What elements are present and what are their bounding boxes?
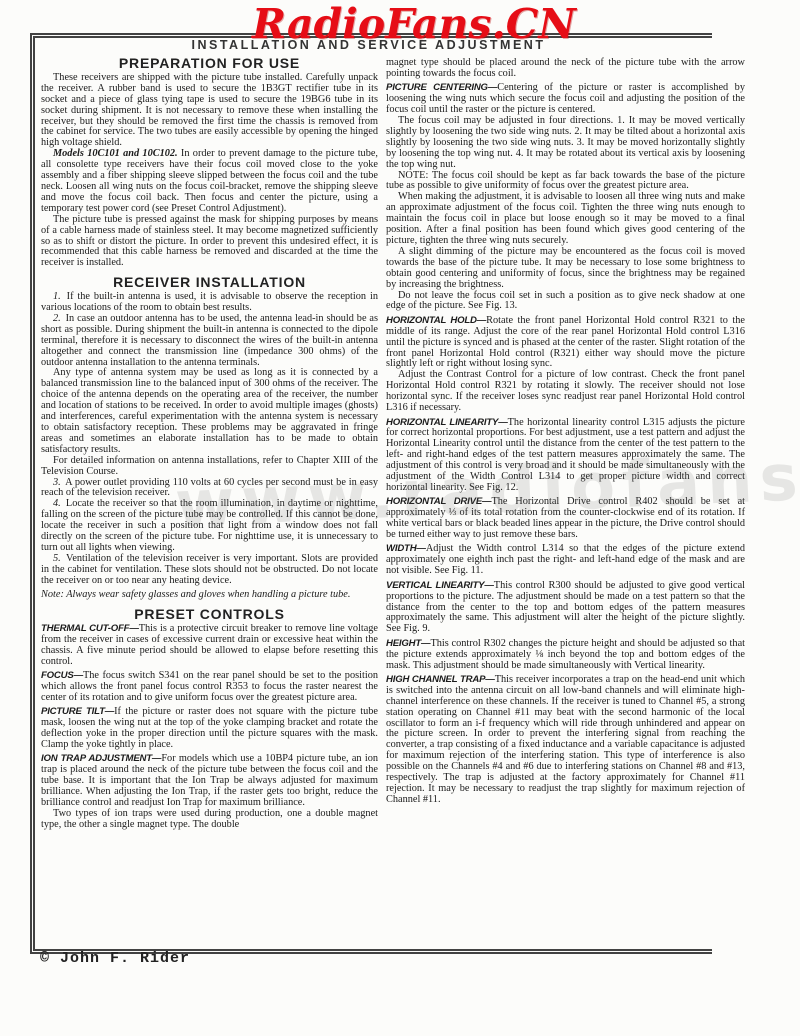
paragraph: The focus coil may be adjusted in four d… <box>386 116 745 171</box>
paragraph: Do not leave the focus coil set in such … <box>386 291 745 313</box>
section-heading-preparation-for-use: PREPARATION FOR USE <box>41 58 378 69</box>
section-heading-preset-controls: PRESET CONTROLS <box>41 609 378 620</box>
paragraph: The picture tube is pressed against the … <box>41 215 378 270</box>
paragraph: 1. If the built-in antenna is used, it i… <box>41 292 378 314</box>
control-paragraph: THERMAL CUT-OFF—This is a protective cir… <box>41 624 378 668</box>
right-column: magnet type should be placed around the … <box>386 58 745 806</box>
left-column: PREPARATION FOR USE These receivers are … <box>41 58 378 831</box>
paragraph: Adjust the Contrast Control for a pictur… <box>386 370 745 414</box>
paragraph: Any type of antenna system may be used a… <box>41 368 378 455</box>
section-heading-receiver-installation: RECEIVER INSTALLATION <box>41 277 378 288</box>
control-paragraph: PICTURE TILT—If the picture or raster do… <box>41 707 378 751</box>
paragraph: magnet type should be placed around the … <box>386 58 745 80</box>
paragraph: NOTE: The focus coil should be kept as f… <box>386 171 745 193</box>
copyright-notice: © John F. Rider <box>40 950 190 967</box>
paragraph: These receivers are shipped with the pic… <box>41 73 378 149</box>
control-paragraph: HIGH CHANNEL TRAP—This receiver incorpor… <box>386 675 745 806</box>
control-paragraph: PICTURE CENTERING—Centering of the pictu… <box>386 83 745 116</box>
control-paragraph: ION TRAP ADJUSTMENT—For models which use… <box>41 754 378 809</box>
control-paragraph: HORIZONTAL HOLD—Rotate the front panel H… <box>386 316 745 371</box>
paragraph: A slight dimming of the picture may be e… <box>386 247 745 291</box>
control-paragraph: WIDTH—Adjust the Width control L314 so t… <box>386 544 745 577</box>
control-paragraph: VERTICAL LINEARITY—This control R300 sho… <box>386 581 745 636</box>
paragraph: 2. In case an outdoor antenna has to be … <box>41 314 378 369</box>
radiofans-watermark: RadioFans.CN <box>252 0 576 48</box>
note-paragraph: Note: Always wear safety glasses and glo… <box>41 590 378 601</box>
paragraph: When making the adjustment, it is advisa… <box>386 192 745 247</box>
control-paragraph: FOCUS—The focus switch S341 on the rear … <box>41 671 378 704</box>
scanned-manual-page: INSTALLATION AND SERVICE ADJUSTMENT Radi… <box>0 0 800 1036</box>
paragraph: Models 10C101 and 10C102. In order to pr… <box>41 149 378 214</box>
control-paragraph: HEIGHT—This control R302 changes the pic… <box>386 639 745 672</box>
paragraph: 5. Ventilation of the television receive… <box>41 554 378 587</box>
paragraph: Two types of ion traps were used during … <box>41 809 378 831</box>
